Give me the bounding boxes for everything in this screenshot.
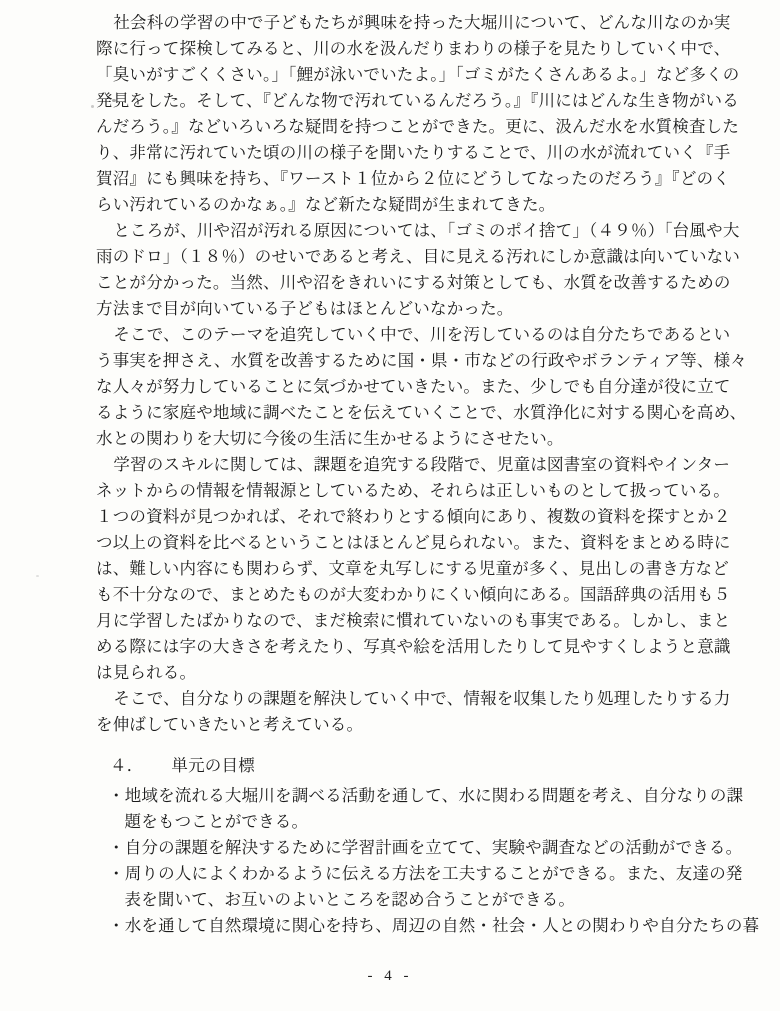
text-line: 雨のドロ」（１８％）のせいであると考え、目に見える汚れにしか意識は向いていない: [96, 244, 724, 270]
text-line: める際には字の大きさを考えたり、写真や絵を活用したりして見やすくしようと意識: [96, 634, 724, 660]
text-line: な人々が努力していることに気づかせていきたい。また、少しでも自分達が役に立て: [96, 374, 724, 400]
text-line: 発見をした。そして、『どんな物で汚れているんだろう。』『川にはどんな生き物がいる: [96, 88, 724, 114]
text-line: そこで、このテーマを追究していく中で、川を汚しているのは自分たちであるとい: [96, 322, 724, 348]
page-number: - 4 -: [368, 968, 413, 984]
text-line: １つの資料が見つかれば、それで終わりとする傾向にあり、複数の資料を探すとか２: [96, 504, 724, 530]
text-line: 学習のスキルに関しては、課題を追究する段階で、児童は図書室の資料やインター: [96, 452, 724, 478]
text-line: う事実を押さえ、水質を改善するために国・県・市などの行政やボランティア等、様々: [96, 348, 724, 374]
text-line: ネットからの情報を情報源としているため、それらは正しいものとして扱っている。: [96, 478, 724, 504]
text-line: ・周りの人によくわかるように伝える方法を工夫することができる。また、友達の発: [108, 861, 724, 887]
bullet-list: ・地域を流れる大堀川を調べる活動を通して、水に関わる問題を考え、自分なりの課題を…: [108, 783, 724, 939]
text-line: ところが、川や沼が汚れる原因については、「ゴミのポイ捨て」（４９％）「台風や大: [96, 218, 724, 244]
page-footer: - 4 -: [0, 968, 780, 985]
paragraph: 学習のスキルに関しては、課題を追究する段階で、児童は図書室の資料やインターネット…: [96, 452, 724, 686]
text-line: んだろう。』などいろいろな疑問を持つことができた。更に、汲んだ水を水質検査した: [96, 114, 724, 140]
text-line: ことが分かった。当然、川や沼をきれいにする対策としても、水質を改善するための: [96, 270, 724, 296]
text-line: ・自分の課題を解決するために学習計画を立てて、実験や調査などの活動ができる。: [108, 835, 724, 861]
text-line: 水との関わりを大切に今後の生活に生かせるようにさせたい。: [96, 426, 724, 452]
text-line: そこで、自分なりの課題を解決していく中で、情報を収集したり処理したりする力: [96, 686, 724, 712]
section-number: ４．: [110, 756, 143, 775]
paragraph: そこで、自分なりの課題を解決していく中で、情報を収集したり処理したりする力を伸ば…: [96, 686, 724, 738]
bullet-item: ・水を通して自然環境に関心を持ち、周辺の自然・社会・人との関わりや自分たちの暮: [108, 913, 724, 939]
bullet-item: ・地域を流れる大堀川を調べる活動を通して、水に関わる問題を考え、自分なりの課題を…: [108, 783, 724, 835]
text-line: 「臭いがすごくくさい。」「鯉が泳いでいたよ。」「ゴミがたくさんあるよ。」など多く…: [96, 62, 724, 88]
text-line: 表を聞いて、お互いのよいところを認め合うことができる。: [108, 887, 724, 913]
text-line: つ以上の資料を比べるということはほとんど見られない。また、資料をまとめる時に: [96, 530, 724, 556]
paragraph-container: 社会科の学習の中で子どもたちが興味を持った大堀川について、どんな川なのか実際に行…: [96, 10, 724, 738]
text-line: を伸ばしていきたいと考えている。: [96, 712, 724, 738]
text-line: 社会科の学習の中で子どもたちが興味を持った大堀川について、どんな川なのか実: [96, 10, 724, 36]
bullet-item: ・周りの人によくわかるように伝える方法を工夫することができる。また、友達の発表を…: [108, 861, 724, 913]
text-line: は見られる。: [96, 660, 724, 686]
scan-speck: [36, 575, 39, 577]
section-title: 単元の目標: [171, 756, 255, 775]
paragraph: ところが、川や沼が汚れる原因については、「ゴミのポイ捨て」（４９％）「台風や大雨…: [96, 218, 724, 322]
paragraph: 社会科の学習の中で子どもたちが興味を持った大堀川について、どんな川なのか実際に行…: [96, 10, 724, 218]
text-line: らい汚れているのかなぁ。』など新たな疑問が生まれてきた。: [96, 192, 724, 218]
text-line: ・水を通して自然環境に関心を持ち、周辺の自然・社会・人との関わりや自分たちの暮: [108, 913, 724, 939]
text-line: り、非常に汚れていた頃の川の様子を聞いたりすることで、川の水が流れていく『手: [96, 140, 724, 166]
text-line: ・地域を流れる大堀川を調べる活動を通して、水に関わる問題を考え、自分なりの課: [108, 783, 724, 809]
text-line: 際に行って探検してみると、川の水を汲んだりまわりの様子を見たりしていく中で、: [96, 36, 724, 62]
text-line: 方法まで目が向いている子どもはほとんどいなかった。: [96, 296, 724, 322]
bullet-item: ・自分の課題を解決するために学習計画を立てて、実験や調査などの活動ができる。: [108, 835, 724, 861]
text-line: 題をもつことができる。: [108, 809, 724, 835]
text-line: は、難しい内容にも関わらず、文章を丸写しにする児童が多く、見出しの書き方など: [96, 556, 724, 582]
section-heading: ４．単元の目標: [110, 753, 724, 779]
text-line: も不十分なので、まとめたものが大変わかりにくい傾向にある。国語辞典の活用も５: [96, 582, 724, 608]
paragraph: そこで、このテーマを追究していく中で、川を汚しているのは自分たちであるという事実…: [96, 322, 724, 452]
text-line: るように家庭や地域に調べたことを伝えていくことで、水質浄化に対する関心を高め、: [96, 400, 724, 426]
text-line: 賀沼』にも興味を持ち、『ワースト１位から２位にどうしてなったのだろう』『どのく: [96, 166, 724, 192]
text-line: 月に学習したばかりなので、まだ検索に慣れていないのも事実である。しかし、まと: [96, 608, 724, 634]
scan-speck: [91, 105, 94, 108]
document-page: 社会科の学習の中で子どもたちが興味を持った大堀川について、どんな川なのか実際に行…: [96, 10, 724, 939]
